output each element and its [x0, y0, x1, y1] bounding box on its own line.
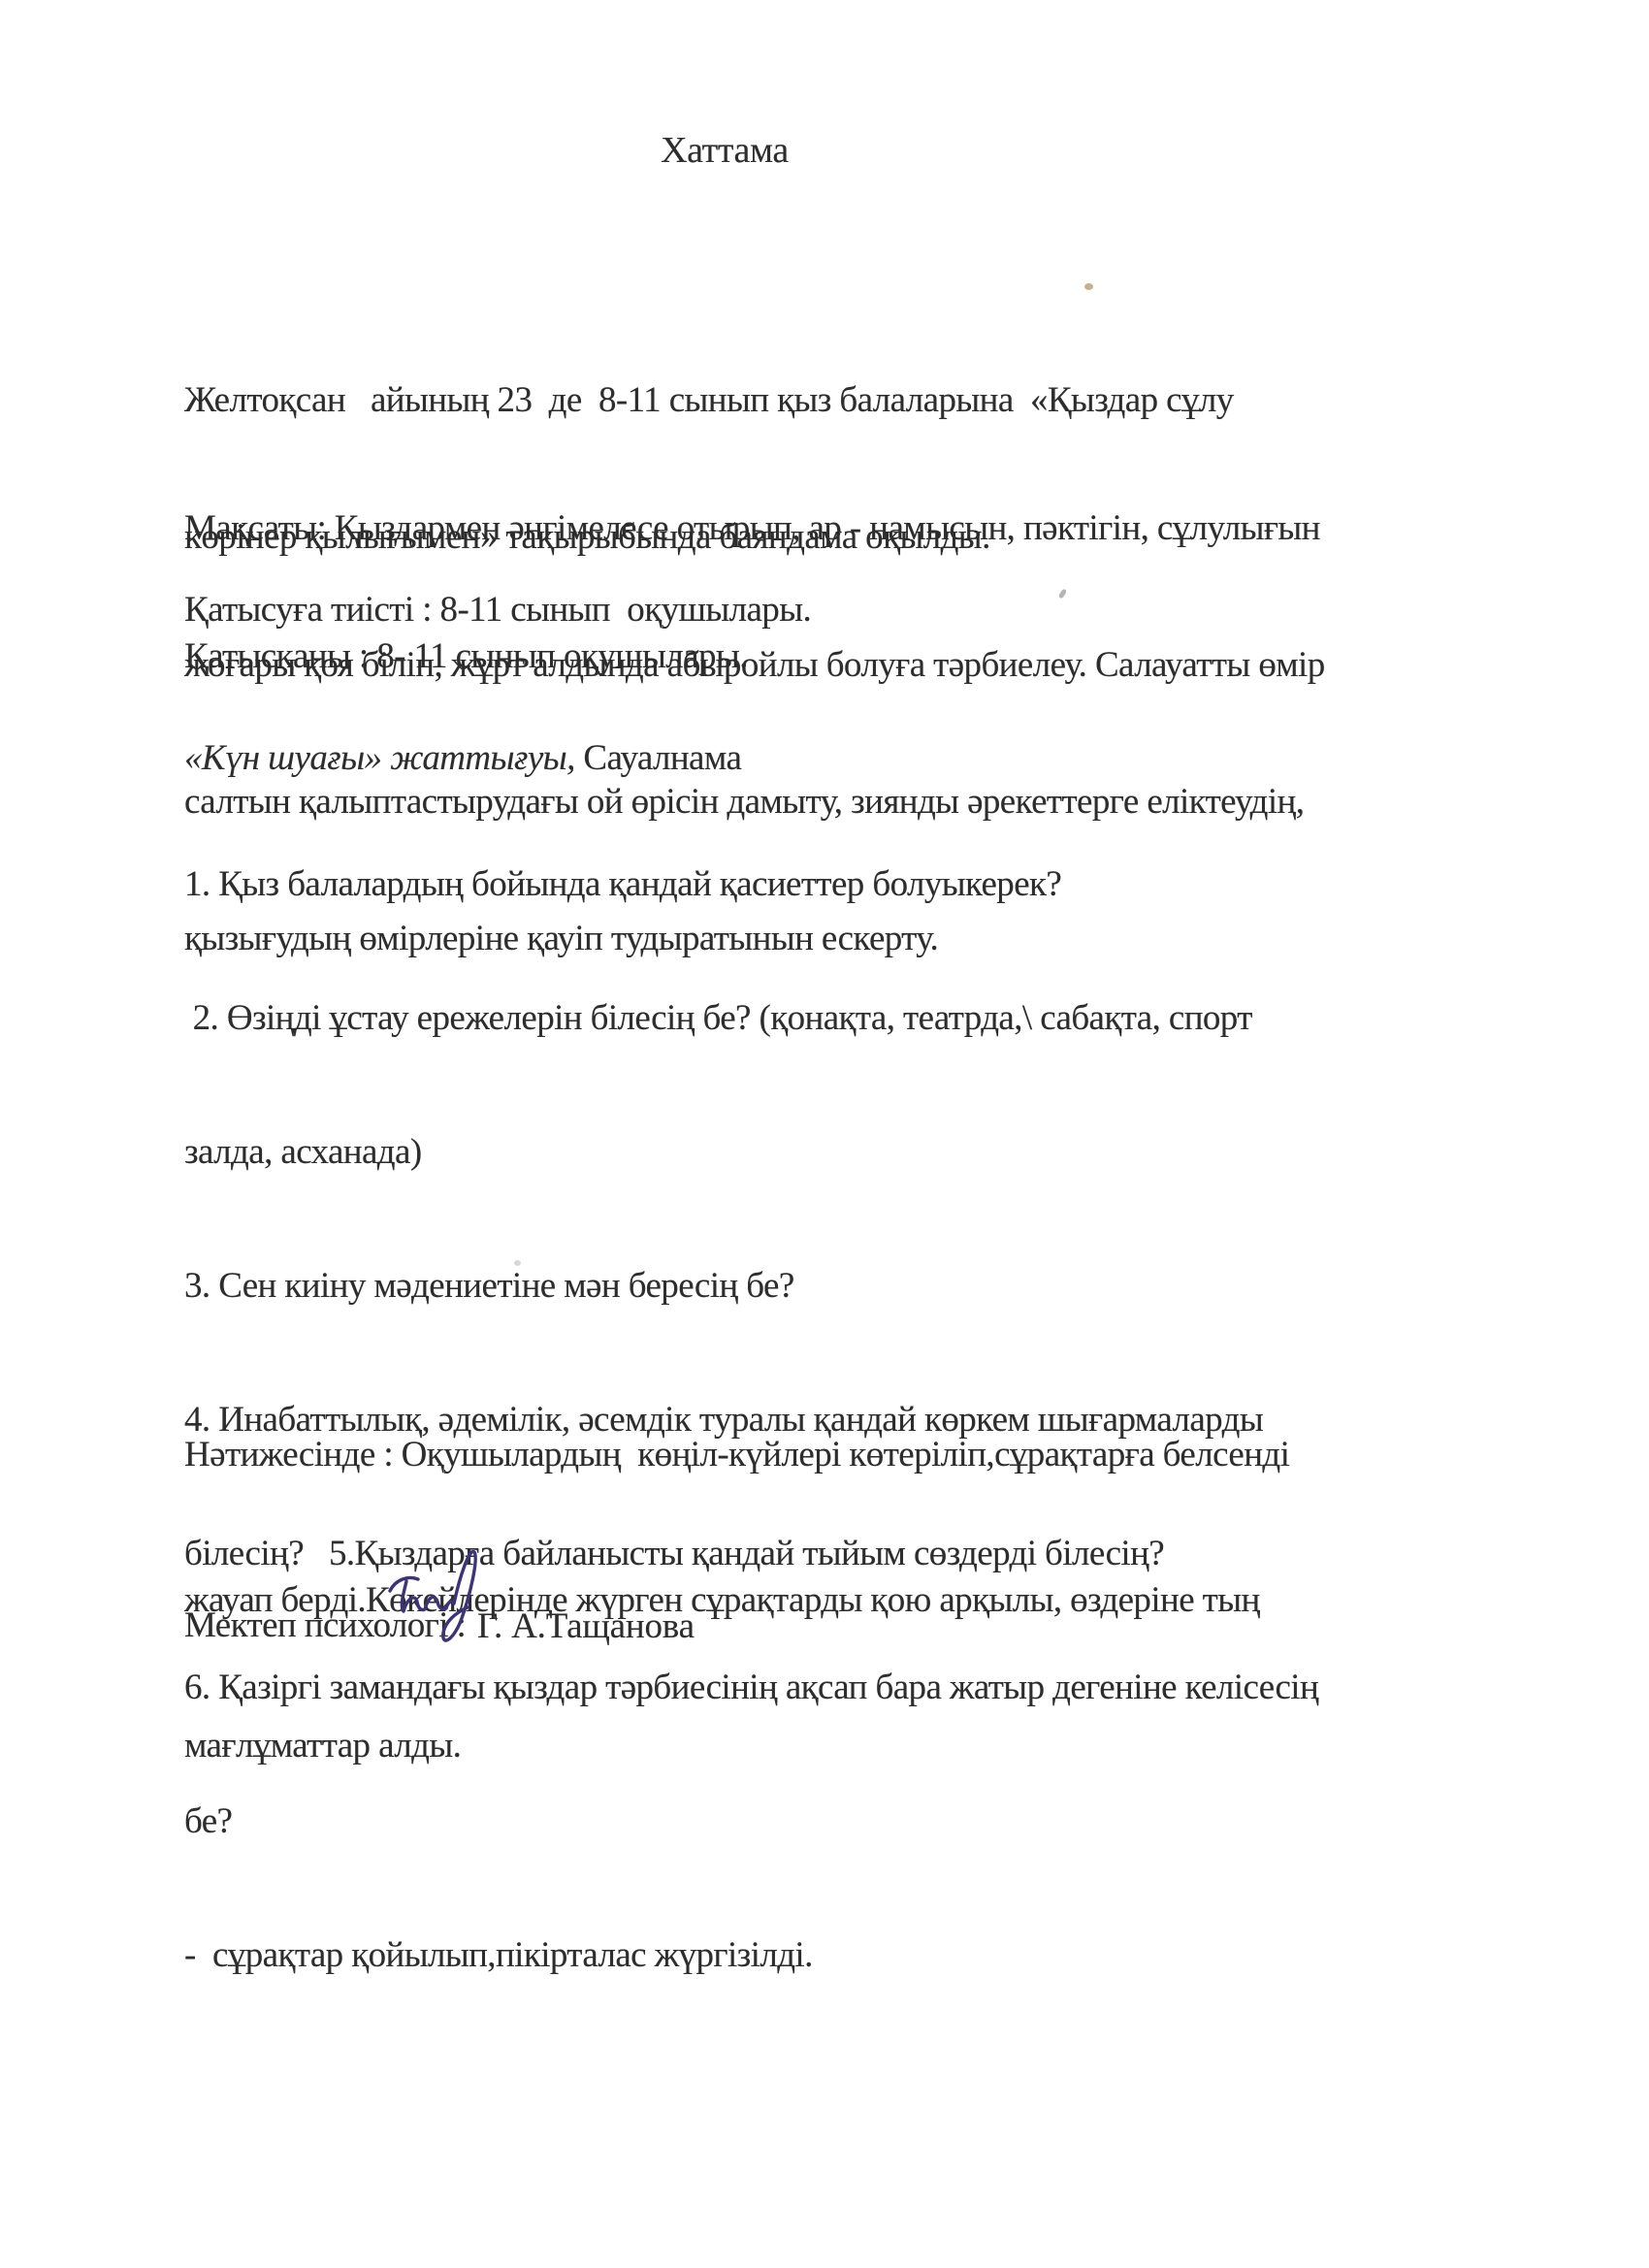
- question-line: 1. Қыз балалардың бойында қандай қасиетт…: [184, 862, 1318, 907]
- result-paragraph: Нәтижесінде : Оқушылардың көңіл-күйлері …: [184, 1334, 1289, 1867]
- question-line: 3. Сен киіну мәдениетіне мән бересің бе?: [184, 1264, 1318, 1309]
- question-line: - сұрақтар қойылып,пікірталас жүргізілді…: [184, 1933, 1318, 1978]
- scanned-document-page: Хаттама Желтоқсан айының 23 де 8-11 сыны…: [0, 0, 1649, 2268]
- question-line: залда, асханада): [184, 1130, 1318, 1175]
- signature-handwriting-icon: [384, 1544, 481, 1663]
- document-title: Хаттама: [0, 128, 1449, 174]
- exercise-title-regular: Сауалнама: [575, 738, 742, 778]
- text-line: мағлұматтар алды.: [184, 1722, 1289, 1770]
- scan-speck: [514, 1260, 521, 1266]
- exercise-title-italic: «Күн шуағы» жаттығуы,: [184, 738, 575, 778]
- signature-name: Г. А.Тащанова: [477, 1605, 695, 1647]
- text-line: Мақсаты: Қыздармен әңгімелесе отырып, ар…: [184, 505, 1325, 551]
- attendees-expected-line: Қатысуға тиісті : 8-11 сынып оқушылары.: [184, 587, 811, 632]
- question-line: 2. Өзіңді ұстау ережелерін білесің бе? (…: [184, 996, 1318, 1041]
- text-line: Нәтижесінде : Оқушылардың көңіл-күйлері …: [184, 1431, 1289, 1479]
- attendees-actual-line: Қатысқаны : 8- 11 сынып оқушылары.: [184, 633, 748, 679]
- scan-speck: [1084, 283, 1093, 290]
